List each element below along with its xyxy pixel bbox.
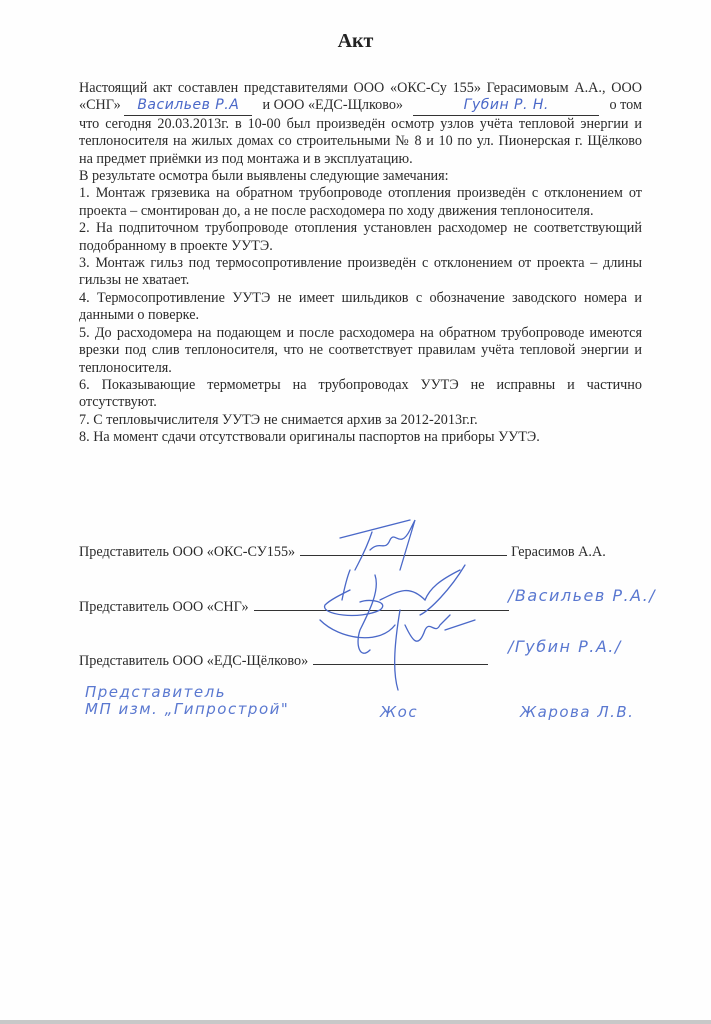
signature-scribbles (300, 510, 520, 700)
handwritten-name-gubin: Губин Р. Н. (413, 97, 599, 115)
remark-item: 8. На момент сдачи отсутствовали оригина… (79, 429, 642, 446)
intro-line-2: «СНГ» Васильев Р.А и ООО «ЕДС-Щлково» Гу… (79, 97, 642, 115)
intro-org-eds: и ООО «ЕДС-Щлково» (263, 97, 404, 114)
signature-label: Представитель ООО «ОКС-СУ155» (79, 544, 295, 561)
intro-about: о том (610, 97, 642, 114)
handwritten-name-vasiliev: Васильев Р.А (124, 97, 252, 115)
handwritten-name: Жарова Л.В. (520, 703, 634, 721)
document-body: Настоящий акт составлен представителями … (79, 80, 642, 447)
remark-item: 5. До расходомера на подающем и после ра… (79, 325, 642, 377)
signature-name: Герасимов А.А. (511, 544, 606, 561)
remark-item: 3. Монтаж гильз под термосопротивление п… (79, 255, 642, 290)
intro-org-sng: «СНГ» (79, 97, 121, 113)
intro-line-1: Настоящий акт составлен представителями … (79, 80, 642, 97)
handwritten-name: /Васильев Р.А./ (508, 586, 656, 605)
document-page: Акт Настоящий акт составлен представител… (0, 0, 711, 1024)
handwritten-name: /Губин Р.А./ (508, 637, 622, 656)
remarks-heading: В результате осмотра были выявлены следу… (79, 168, 642, 185)
remark-item: 4. Термосопротивление УУТЭ не имеет шиль… (79, 290, 642, 325)
remark-item: 7. С тепловычислителя УУТЭ не снимается … (79, 412, 642, 429)
signature-label: Представитель ООО «ЕДС-Щёлково» (79, 653, 308, 670)
scan-edge (0, 1020, 711, 1024)
handwritten-signature: Жос (380, 703, 418, 721)
remark-item: 2. На подпиточном трубопроводе отопления… (79, 220, 642, 255)
remark-item: 1. Монтаж грязевика на обратном трубопро… (79, 185, 642, 220)
signature-label: Представитель ООО «СНГ» (79, 599, 249, 616)
handwritten-representative-note: Представитель МП изм. „Гипрострой" (85, 684, 289, 718)
remark-item: 6. Показывающие термометры на трубопрово… (79, 377, 642, 412)
intro-rest: что сегодня 20.03.2013г. в 10-00 был про… (79, 116, 642, 168)
document-title: Акт (0, 30, 711, 53)
